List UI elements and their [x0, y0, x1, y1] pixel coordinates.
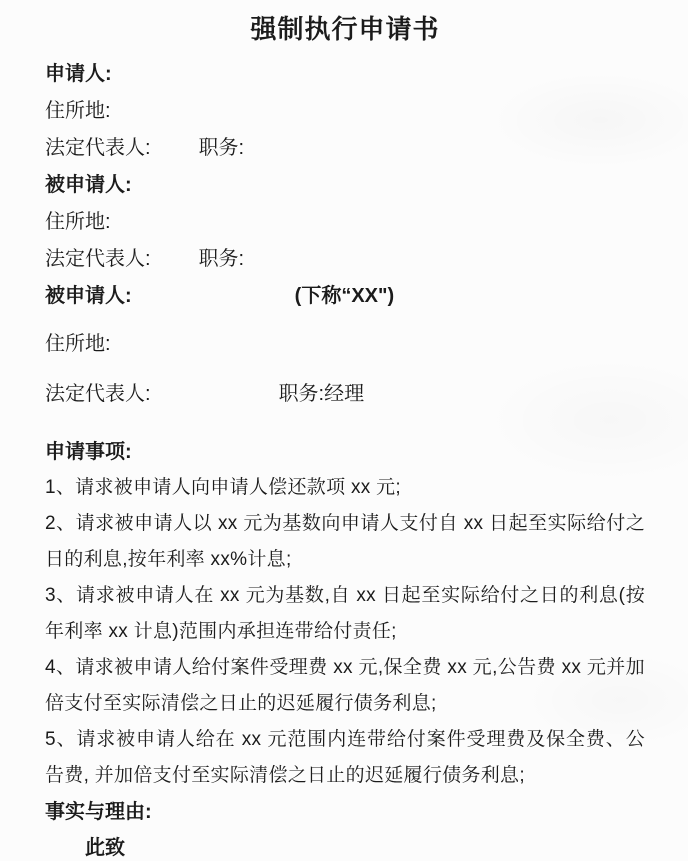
claim-item-2: 2、请求被申请人以 xx 元为基数向申请人支付自 xx 日起至实际给付之日的利息…: [45, 506, 645, 578]
respondent2-legal-rep-line: 法定代表人:职务:经理: [45, 382, 645, 406]
respondent1-position-label: 职务:: [199, 248, 245, 270]
applicant-address-label: 住所地:: [45, 99, 645, 123]
document-page: 强制执行申请书 申请人: 住所地: 法定代表人:职务: 被申请人: 住所地: 法…: [0, 0, 688, 861]
respondent2-role-label: 被申请人:: [45, 285, 132, 307]
closing-salutation: 此致: [45, 830, 645, 861]
respondent2-legal-rep-label: 法定代表人:: [45, 383, 151, 405]
claims-list: 1、请求被申请人向申请人偿还款项 xx 元; 2、请求被申请人以 xx 元为基数…: [45, 470, 645, 794]
applicant-legal-rep-line: 法定代表人:职务:: [45, 136, 645, 160]
claim-item-4: 4、请求被申请人给付案件受理费 xx 元,保全费 xx 元,公告费 xx 元并加…: [45, 650, 645, 722]
respondent2-position-value: 职务:经理: [279, 383, 365, 405]
applicant-role-label: 申请人:: [45, 62, 645, 86]
respondent1-address-label: 住所地:: [45, 210, 645, 234]
applicant-block: 申请人: 住所地: 法定代表人:职务:: [45, 62, 645, 160]
claim-item-5: 5、请求被申请人给在 xx 元范围内连带给付案件受理费及保全费、公告费, 并加倍…: [45, 722, 645, 794]
claim-item-1: 1、请求被申请人向申请人偿还款项 xx 元;: [45, 470, 645, 506]
document-title: 强制执行申请书: [45, 12, 645, 46]
respondent2-address-label: 住所地:: [45, 332, 645, 356]
respondent1-role-label: 被申请人:: [45, 173, 645, 197]
facts-heading: 事实与理由:: [45, 794, 645, 830]
respondent1-legal-rep-line: 法定代表人:职务:: [45, 247, 645, 271]
respondent-block-1: 被申请人: 住所地: 法定代表人:职务:: [45, 173, 645, 271]
claim-item-3: 3、请求被申请人在 xx 元为基数,自 xx 日起至实际给付之日的利息(按年利率…: [45, 578, 645, 650]
applicant-position-label: 职务:: [199, 137, 245, 159]
document-body: 强制执行申请书 申请人: 住所地: 法定代表人:职务: 被申请人: 住所地: 法…: [0, 0, 688, 861]
respondent2-alias: (下称“XX"): [295, 285, 394, 307]
applicant-legal-rep-label: 法定代表人:: [45, 137, 151, 159]
respondent-block-2: 被申请人:(下称“XX") 住所地: 法定代表人:职务:经理: [45, 284, 645, 406]
respondent2-role-line: 被申请人:(下称“XX"): [45, 284, 645, 308]
claims-heading: 申请事项:: [45, 440, 645, 464]
respondent1-legal-rep-label: 法定代表人:: [45, 248, 151, 270]
